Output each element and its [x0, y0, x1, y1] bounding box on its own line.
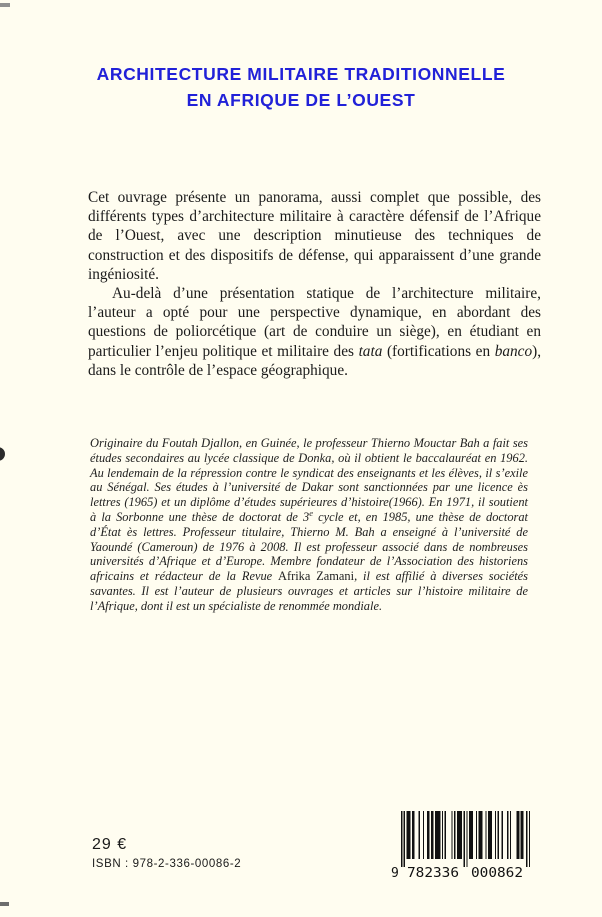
scan-artifact-bottom — [0, 902, 9, 906]
synopsis: Cet ouvrage présente un panorama, aussi … — [88, 188, 541, 380]
barcode-bars — [401, 811, 530, 867]
barcode-group2: 000862 — [471, 866, 523, 881]
barcode-group1: 782336 — [407, 866, 459, 881]
scan-artifact-hole — [0, 447, 5, 461]
synopsis-text: (fortifications en — [382, 343, 494, 360]
synopsis-paragraph-1: Cet ouvrage présente un panorama, aussi … — [88, 188, 541, 284]
isbn-label: ISBN : 978-2-336-00086-2 — [92, 858, 241, 870]
synopsis-term-tata: tata — [359, 343, 383, 360]
barcode-svg: 9 782336 000862 — [390, 811, 530, 881]
book-title: ARCHITECTURE MILITAIRE TRADITIONNELLE EN… — [0, 61, 602, 113]
synopsis-paragraph-2: Au-delà d’une présentation statique de l… — [88, 284, 541, 380]
price-label: 29 € — [92, 836, 127, 854]
author-biography: Originaire du Foutah Djallon, en Guinée,… — [90, 436, 528, 614]
book-title-line2: EN AFRIQUE DE L’OUEST — [0, 87, 602, 113]
bio-journal-name: Afrika Zamani — [278, 569, 354, 583]
scan-artifact-top — [0, 3, 10, 7]
book-title-line1: ARCHITECTURE MILITAIRE TRADITIONNELLE — [0, 61, 602, 87]
barcode-left-digit: 9 — [391, 866, 399, 881]
book-back-cover: ARCHITECTURE MILITAIRE TRADITIONNELLE EN… — [0, 0, 602, 917]
barcode: 9 782336 000862 — [390, 811, 530, 881]
synopsis-term-banco: banco — [495, 343, 532, 360]
